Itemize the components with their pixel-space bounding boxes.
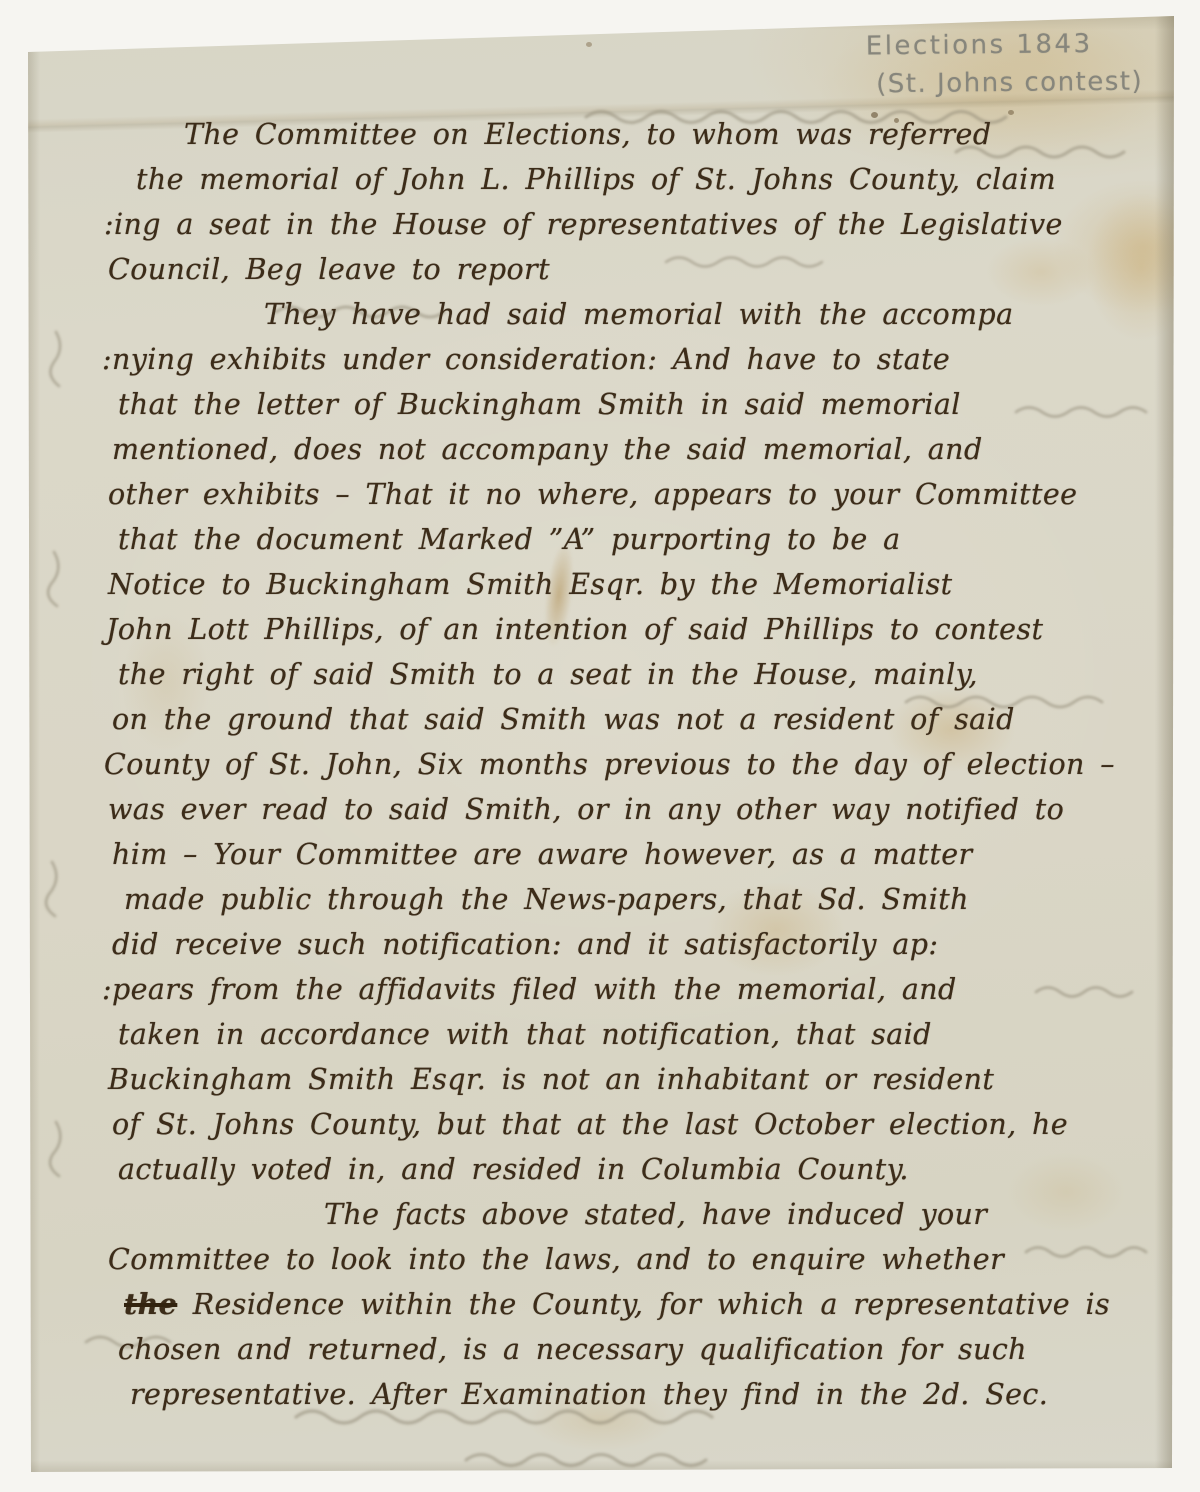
manuscript-line: County of St. John, Six months previous … bbox=[104, 742, 1162, 787]
manuscript-line: that the document Marked ”A” purporting … bbox=[118, 517, 1162, 562]
manuscript-line: The facts above stated, have induced you… bbox=[324, 1192, 1162, 1237]
manuscript-line: John Lott Phillips, of an intention of s… bbox=[106, 607, 1162, 652]
struck-word: the bbox=[124, 1287, 177, 1321]
manuscript-line: :pears from the affidavits filed with th… bbox=[102, 967, 1162, 1012]
manuscript-line: the right of said Smith to a seat in the… bbox=[118, 652, 1162, 697]
manuscript-line: mentioned, does not accompany the said m… bbox=[112, 427, 1162, 472]
manuscript-line: They have had said memorial with the acc… bbox=[264, 292, 1162, 337]
annotation-line-2: (St. Johns contest) bbox=[866, 63, 1143, 104]
manuscript-line: Council, Beg leave to report bbox=[108, 247, 1162, 292]
manuscript-line: the memorial of John L. Phillips of St. … bbox=[136, 157, 1162, 202]
manuscript-line: representative. After Examination they f… bbox=[130, 1372, 1162, 1417]
manuscript-line: the Residence within the County, for whi… bbox=[124, 1282, 1162, 1327]
manuscript-line: Notice to Buckingham Smith Esqr. by the … bbox=[108, 562, 1162, 607]
scanner-background: { "annotation": { "line1": "Elections 18… bbox=[0, 0, 1200, 1492]
manuscript-line: Committee to look into the laws, and to … bbox=[108, 1237, 1162, 1282]
annotation-line-1: Elections 1843 bbox=[866, 25, 1143, 66]
manuscript-line: The Committee on Elections, to whom was … bbox=[184, 112, 1162, 157]
manuscript-text: The Committee on Elections, to whom was … bbox=[102, 112, 1162, 1417]
manuscript-line: him – Your Committee are aware however, … bbox=[112, 832, 1162, 877]
manuscript-line: on the ground that said Smith was not a … bbox=[112, 697, 1162, 742]
manuscript-line: other exhibits – That it no where, appea… bbox=[108, 472, 1162, 517]
manuscript-line: that the letter of Buckingham Smith in s… bbox=[118, 382, 1162, 427]
manuscript-line: taken in accordance with that notificati… bbox=[118, 1012, 1162, 1057]
archival-annotation: Elections 1843 (St. Johns contest) bbox=[866, 25, 1144, 104]
manuscript-line: :nying exhibits under consideration: And… bbox=[102, 337, 1162, 382]
manuscript-line: did receive such notification: and it sa… bbox=[112, 922, 1162, 967]
manuscript-line: actually voted in, and resided in Columb… bbox=[118, 1147, 1162, 1192]
manuscript-line: was ever read to said Smith, or in any o… bbox=[108, 787, 1162, 832]
manuscript-line: of St. Johns County, but that at the las… bbox=[112, 1102, 1162, 1147]
manuscript-page: Elections 1843 (St. Johns contest) The C… bbox=[26, 12, 1178, 1476]
manuscript-line: :ing a seat in the House of representati… bbox=[104, 202, 1162, 247]
manuscript-line: chosen and returned, is a necessary qual… bbox=[118, 1327, 1162, 1372]
manuscript-line: made public through the News-papers, tha… bbox=[124, 877, 1162, 922]
page-curl-shadow bbox=[1154, 12, 1176, 1476]
manuscript-line: Buckingham Smith Esqr. is not an inhabit… bbox=[108, 1057, 1162, 1102]
manuscript-line-text: Residence within the County, for which a… bbox=[193, 1288, 1110, 1321]
